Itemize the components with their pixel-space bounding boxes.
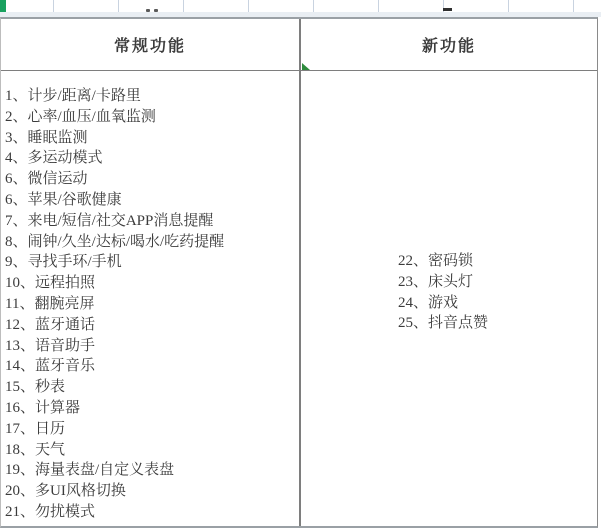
list-item: 9、寻找手环/手机: [5, 252, 297, 273]
list-item: 20、多UI风格切换: [5, 481, 297, 502]
features-table: 常规功能 新功能 1、计步/距离/卡路里 2、心率/血压/血氧监测 3、睡眠监测…: [0, 17, 598, 528]
list-item: 15、秒表: [5, 377, 297, 398]
list-item: 13、语音助手: [5, 336, 297, 357]
list-item: 8、闹钟/久坐/达标/喝水/吃药提醒: [5, 232, 297, 253]
sheet-green-corner-marker-icon: [0, 0, 6, 12]
new-features-cell[interactable]: 22、密码锁 23、床头灯 24、游戏 25、抖音点赞: [301, 71, 597, 526]
list-item: 16、计算器: [5, 398, 297, 419]
header-new-features[interactable]: 新功能: [301, 19, 597, 70]
list-item: 2、心率/血压/血氧监测: [5, 107, 297, 128]
list-item: 25、抖音点赞: [398, 313, 597, 334]
list-item: 3、睡眠监测: [5, 128, 297, 149]
list-item: 1、计步/距离/卡路里: [5, 86, 297, 107]
list-item: 19、海量表盘/自定义表盘: [5, 460, 297, 481]
list-item: 6、微信运动: [5, 169, 297, 190]
table-content-row: 1、计步/距离/卡路里 2、心率/血压/血氧监测 3、睡眠监测 4、多运动模式 …: [1, 71, 597, 526]
table-header-row: 常规功能 新功能: [1, 19, 597, 71]
list-item: 17、日历: [5, 419, 297, 440]
list-item: 6、苹果/谷歌健康: [5, 190, 297, 211]
list-item: 11、翻腕亮屏: [5, 294, 297, 315]
list-item: 14、蓝牙音乐: [5, 356, 297, 377]
list-item: 18、天气: [5, 440, 297, 461]
list-item: 4、多运动模式: [5, 148, 297, 169]
list-item: 7、来电/短信/社交APP消息提醒: [5, 211, 297, 232]
list-item: 10、远程拍照: [5, 273, 297, 294]
list-item: 23、床头灯: [398, 272, 597, 293]
list-item: 12、蓝牙通话: [5, 315, 297, 336]
toolbar-remnant-dash-icon: [443, 8, 452, 11]
regular-features-cell[interactable]: 1、计步/距离/卡路里 2、心率/血压/血氧监测 3、睡眠监测 4、多运动模式 …: [1, 71, 301, 526]
list-item: 24、游戏: [398, 293, 597, 314]
header-regular-features[interactable]: 常规功能: [1, 19, 301, 70]
list-item: 22、密码锁: [398, 251, 597, 272]
list-item: 21、勿扰模式: [5, 502, 297, 523]
cell-indicator-triangle-icon: [302, 63, 310, 70]
